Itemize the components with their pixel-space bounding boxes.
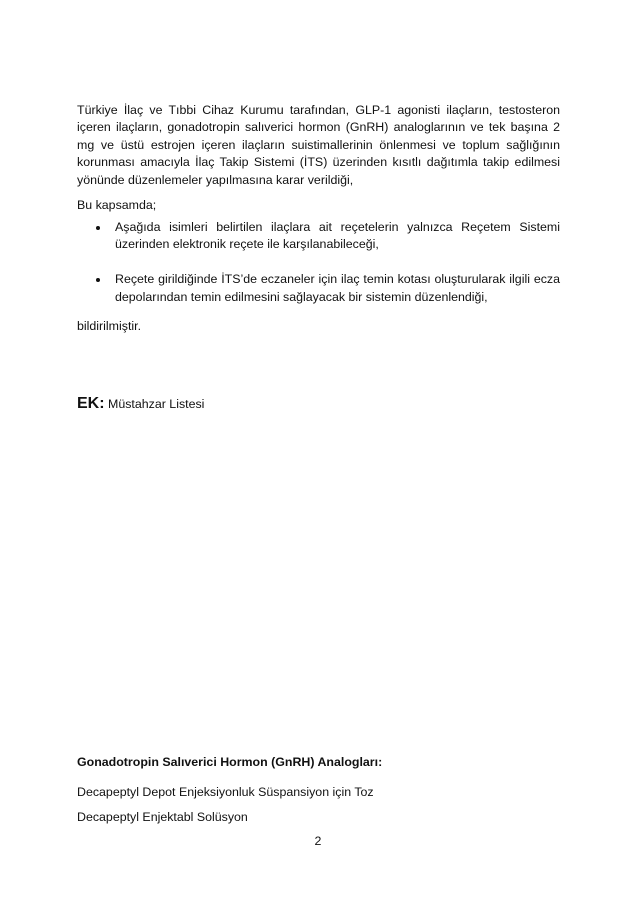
product-list: Decapeptyl Depot Enjeksiyonluk Süspansiy… [77, 780, 374, 829]
bullet-text: Reçete girildiğinde İTS’de eczaneler içi… [115, 272, 560, 303]
scope-intro: Bu kapsamda; [77, 197, 560, 214]
page-number: 2 [0, 834, 636, 848]
product-item: Decapeptyl Depot Enjeksiyonluk Süspansiy… [77, 780, 374, 805]
bullet-item: Aşağıda isimleri belirtilen ilaçlara ait… [77, 219, 560, 254]
bullet-text: Aşağıda isimleri belirtilen ilaçlara ait… [115, 220, 560, 251]
annex-title: Müstahzar Listesi [108, 397, 204, 411]
intro-paragraph: Türkiye İlaç ve Tıbbi Cihaz Kurumu taraf… [77, 102, 560, 189]
product-item: Decapeptyl Enjektabl Solüsyon [77, 805, 374, 830]
annex-label: EK: [77, 395, 105, 412]
closing-statement: bildirilmiştir. [77, 318, 560, 335]
bullet-dot-icon [96, 226, 100, 230]
annex-reference: EK: Müstahzar Listesi [77, 394, 204, 414]
section-heading: Gonadotropin Salıverici Hormon (GnRH) An… [77, 755, 382, 769]
bullet-item: Reçete girildiğinde İTS’de eczaneler içi… [77, 271, 560, 306]
bullet-list: Aşağıda isimleri belirtilen ilaçlara ait… [77, 219, 560, 306]
document-page: Türkiye İlaç ve Tıbbi Cihaz Kurumu taraf… [0, 0, 636, 900]
bullet-dot-icon [96, 278, 100, 282]
